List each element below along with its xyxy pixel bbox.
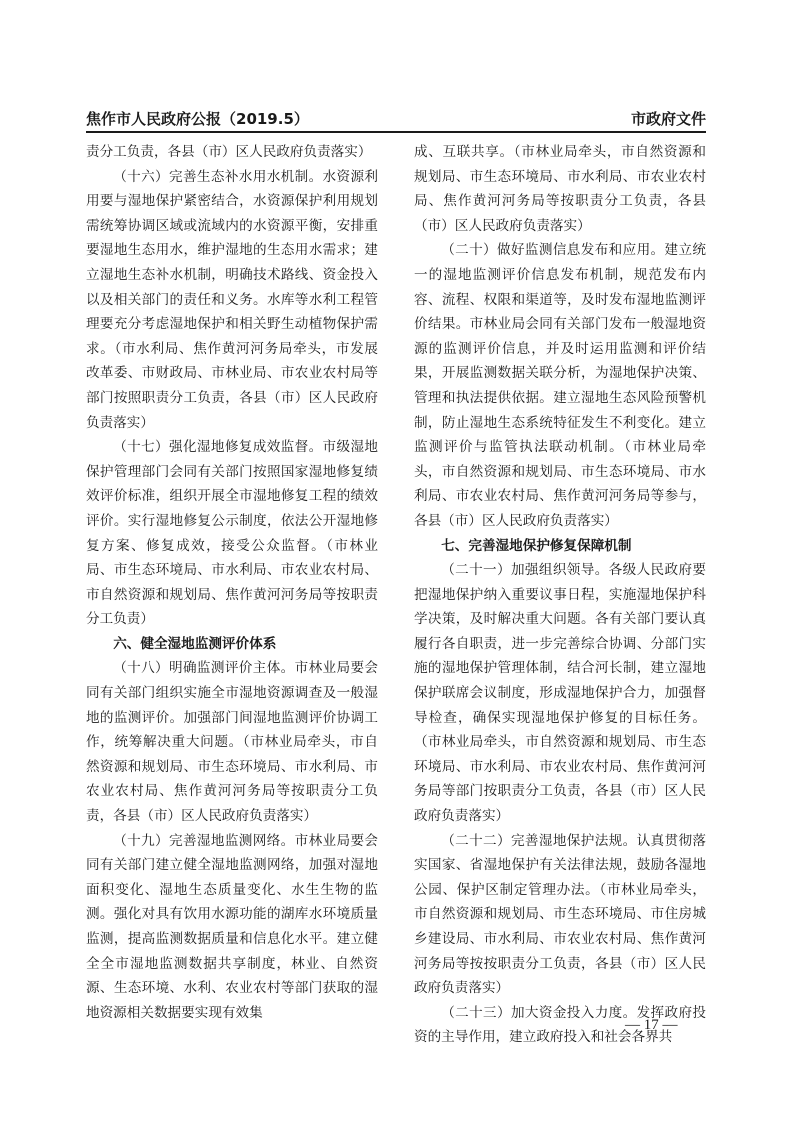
paragraph-text: 责分工负责，各县（市）区人民政府负责落实） — [86, 144, 371, 160]
paragraph-lead: （十九）完善湿地监测网络。 — [113, 833, 294, 849]
paragraph-lead: （十七）强化湿地修复成效监督。 — [113, 439, 322, 455]
paragraph-22: （二十二）完善湿地保护法规。认真贯彻落实国家、省湿地保护有关法律法规，鼓励各湿地… — [414, 829, 706, 1001]
paragraph-lead: （二十）做好监测信息发布和应用。 — [441, 242, 664, 258]
paragraph-text: 市林业局要会同有关部门组织实施全市湿地资源调查及一般湿地的监测评价。加强部门间湿… — [86, 660, 378, 824]
paragraph-lead: （二十三）加大资金投入力度。 — [441, 1005, 636, 1021]
paragraph-text: 市林业局要会同有关部门建立健全湿地监测网络，加强对湿地面积变化、湿地生态质量变化… — [86, 833, 378, 1021]
paragraph-text: 成、互联共享。（市林业局牵头，市自然资源和规划局、市生态环境局、市水利局、市农业… — [414, 144, 706, 234]
paragraph-text: 市级湿地保护管理部门会同有关部门按照国家湿地修复绩效评价标准，组织开展全市湿地修… — [86, 439, 378, 627]
paragraph-lead: （二十二）完善湿地保护法规。 — [441, 833, 636, 849]
paragraph-text: 各级人民政府要把湿地保护纳入重要议事日程，实施湿地保护科学决策，及时解决重大问题… — [414, 562, 706, 824]
paragraph-lead: （十八）明确监测评价主体。 — [113, 660, 294, 676]
paragraph-18: （十八）明确监测评价主体。市林业局要会同有关部门组织实施全市湿地资源调查及一般湿… — [86, 656, 378, 828]
paragraph-17: （十七）强化湿地修复成效监督。市级湿地保护管理部门会同有关部门按照国家湿地修复绩… — [86, 435, 378, 632]
section-heading-7: 七、完善湿地保护修复保障机制 — [414, 534, 706, 559]
section-heading-6: 六、健全湿地监测评价体系 — [86, 632, 378, 657]
paragraph-21: （二十一）加强组织领导。各级人民政府要把湿地保护纳入重要议事日程，实施湿地保护科… — [414, 558, 706, 829]
right-column: 成、互联共享。（市林业局牵头，市自然资源和规划局、市生态环境局、市水利局、市农业… — [414, 140, 706, 1050]
publication-title: 焦作市人民政府公报（2019.5） — [86, 108, 309, 129]
paragraph-20: （二十）做好监测信息发布和应用。建立统一的湿地监测评价信息发布机制，规范发布内容… — [414, 238, 706, 533]
page-header: 焦作市人民政府公报（2019.5） 市政府文件 — [86, 108, 706, 128]
paragraph-16: （十六）完善生态补水用水机制。水资源利用要与湿地保护紧密结合，水资源保护利用规划… — [86, 165, 378, 436]
paragraph-lead: （二十一）加强组织领导。 — [441, 562, 608, 578]
paragraph-19: （十九）完善湿地监测网络。市林业局要会同有关部门建立健全湿地监测网络，加强对湿地… — [86, 829, 378, 1026]
page-number: — 17 — — [625, 1017, 678, 1034]
header-divider — [86, 131, 706, 133]
section-title: 市政府文件 — [631, 108, 706, 129]
paragraph: 成、互联共享。（市林业局牵头，市自然资源和规划局、市生态环境局、市水利局、市农业… — [414, 140, 706, 238]
paragraph-text: 认真贯彻落实国家、省湿地保护有关法律法规，鼓励各湿地公园、保护区制定管理办法。（… — [414, 833, 706, 997]
paragraph-text: 建立统一的湿地监测评价信息发布机制，规范发布内容、流程、权限和渠道等，及时发布湿… — [414, 242, 706, 529]
left-column: 责分工负责，各县（市）区人民政府负责落实） （十六）完善生态补水用水机制。水资源… — [86, 140, 378, 1025]
paragraph: 责分工负责，各县（市）区人民政府负责落实） — [86, 140, 378, 165]
paragraph-text: 水资源利用要与湿地保护紧密结合，水资源保护利用规划需统筹协调区域或流域内的水资源… — [86, 169, 378, 431]
paragraph-lead: （十六）完善生态补水用水机制。 — [113, 169, 322, 185]
